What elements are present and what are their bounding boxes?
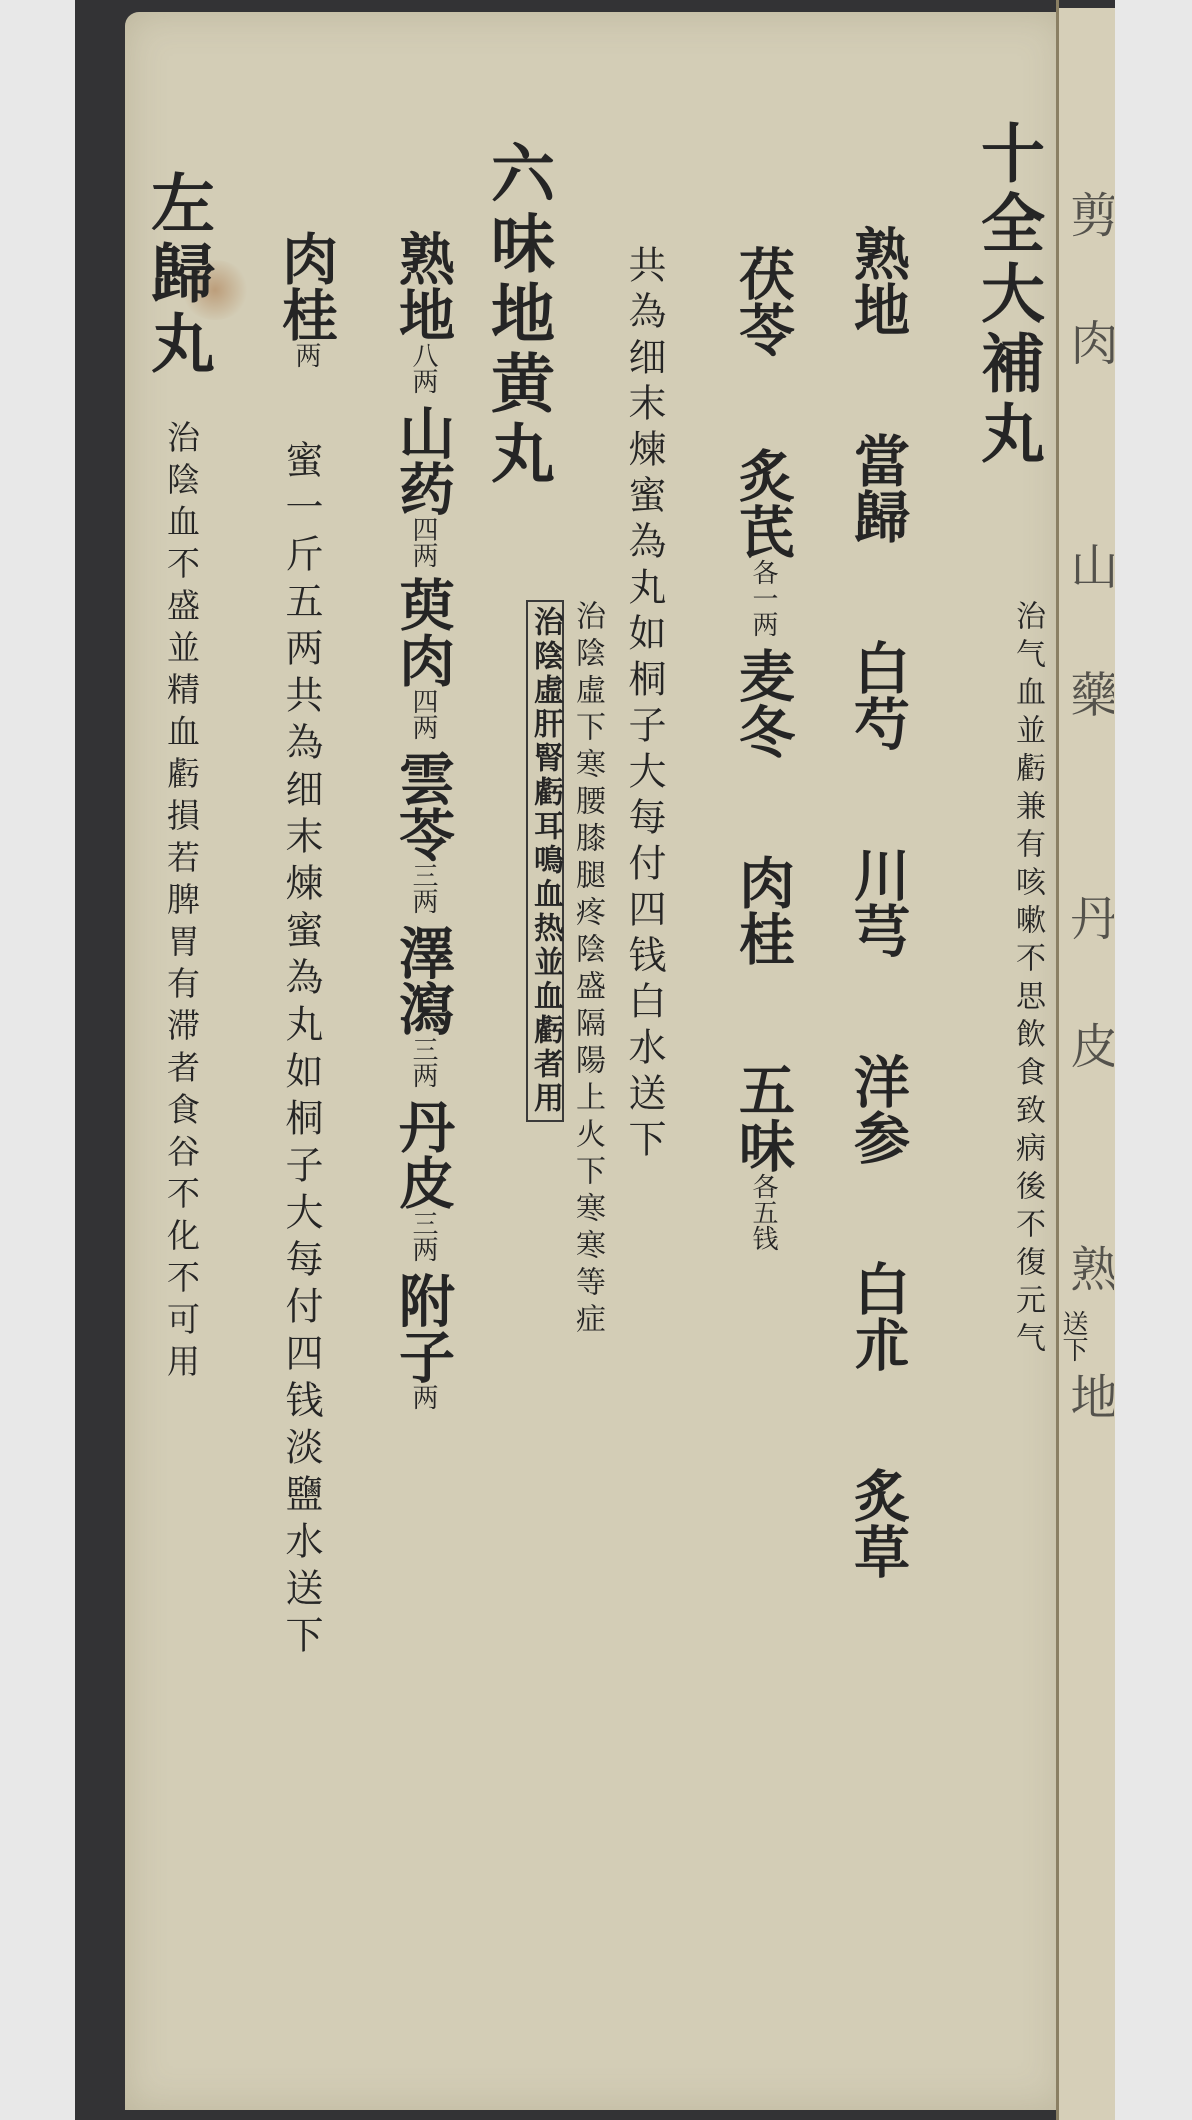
dose: 八两 <box>408 342 438 394</box>
dose: 两 <box>408 1384 438 1410</box>
ingredient: 肉桂 <box>730 854 796 966</box>
dose: 两 <box>291 342 321 368</box>
indication-liuwei-dihuang: 治陰虛下寒腰膝腿疼陰盛隔陽上火下寒寒等症 <box>572 600 602 1340</box>
indication-tail: 送下 <box>1060 1310 1086 1362</box>
ingredient: 白芍 <box>845 639 911 751</box>
ingredient-column-liuwei: 熟地八两山药四两萸肉四两雲苓三两澤瀉三两丹皮三两附子两 <box>395 230 451 1410</box>
adjacent-page-text: 剪肉 山藥 丹皮 熟地 <box>1066 190 1114 2040</box>
ingredient: 附子 <box>390 1272 456 1384</box>
prescription-title-zuogui: 左歸丸 <box>145 170 209 380</box>
ingredient: 肉桂 <box>273 230 339 342</box>
ingredient: 洋参 <box>845 1053 911 1165</box>
ingredient: 澤瀉 <box>390 924 456 1036</box>
indication-zuogui: 治陰血不盛並精血虧損若脾胃有滞者食谷不化不可用 <box>165 420 198 1386</box>
ingredient: 白朮 <box>845 1260 911 1372</box>
dose: 四两 <box>408 688 438 740</box>
ingredient-column-1: 熟地當歸白芍川芎洋参白朮炙草 <box>850 225 906 1579</box>
prescription-title-liuwei-dihuang: 六味地黄丸 <box>485 140 549 490</box>
ingredient: 炙芪 <box>730 447 796 559</box>
ingredient: 山药 <box>390 404 456 516</box>
ingredient-column-2: 茯苓炙芪各一两麦冬肉桂五味各五钱 <box>735 245 791 1251</box>
dose: 四两 <box>408 516 438 568</box>
ingredient: 當歸 <box>845 432 911 544</box>
preparation-method-shiquan-dabu: 共為细末煉蜜為丸如桐子大每付四钱白水送下 <box>625 245 663 1165</box>
ingredient: 炙草 <box>845 1467 911 1579</box>
dose: 各五钱 <box>748 1173 778 1251</box>
dose: 三两 <box>408 1036 438 1088</box>
ingredient: 熟地 <box>390 230 456 342</box>
ingredient: 萸肉 <box>390 576 456 688</box>
dose: 各一两 <box>748 559 778 637</box>
prescription-title-shiquan-dabu: 十全大補丸 <box>975 120 1039 470</box>
preparation-method-liuwei: 蜜一斤五两共為细末煉蜜為丸如桐子大每付四钱淡鹽水送下 <box>282 440 320 1662</box>
ingredient: 茯苓 <box>730 245 796 357</box>
dose: 三两 <box>408 1210 438 1262</box>
boxed-annotation: 治陰虛肝腎虧耳鳴血热並血虧者用 <box>526 600 564 1122</box>
indication-shiquan-dabu: 治气血並虧兼有咳嗽不思飲食致病後不復元气 <box>1012 600 1042 1360</box>
ingredient: 川芎 <box>845 846 911 958</box>
ingredient: 麦冬 <box>730 647 796 759</box>
ingredient: 雲苓 <box>390 750 456 862</box>
ingredient: 熟地 <box>845 225 911 337</box>
dose: 三两 <box>408 862 438 914</box>
ingredient: 五味 <box>730 1061 796 1173</box>
extra-ingredient-rougui: 肉桂两 <box>278 230 334 368</box>
ingredient: 丹皮 <box>390 1098 456 1210</box>
